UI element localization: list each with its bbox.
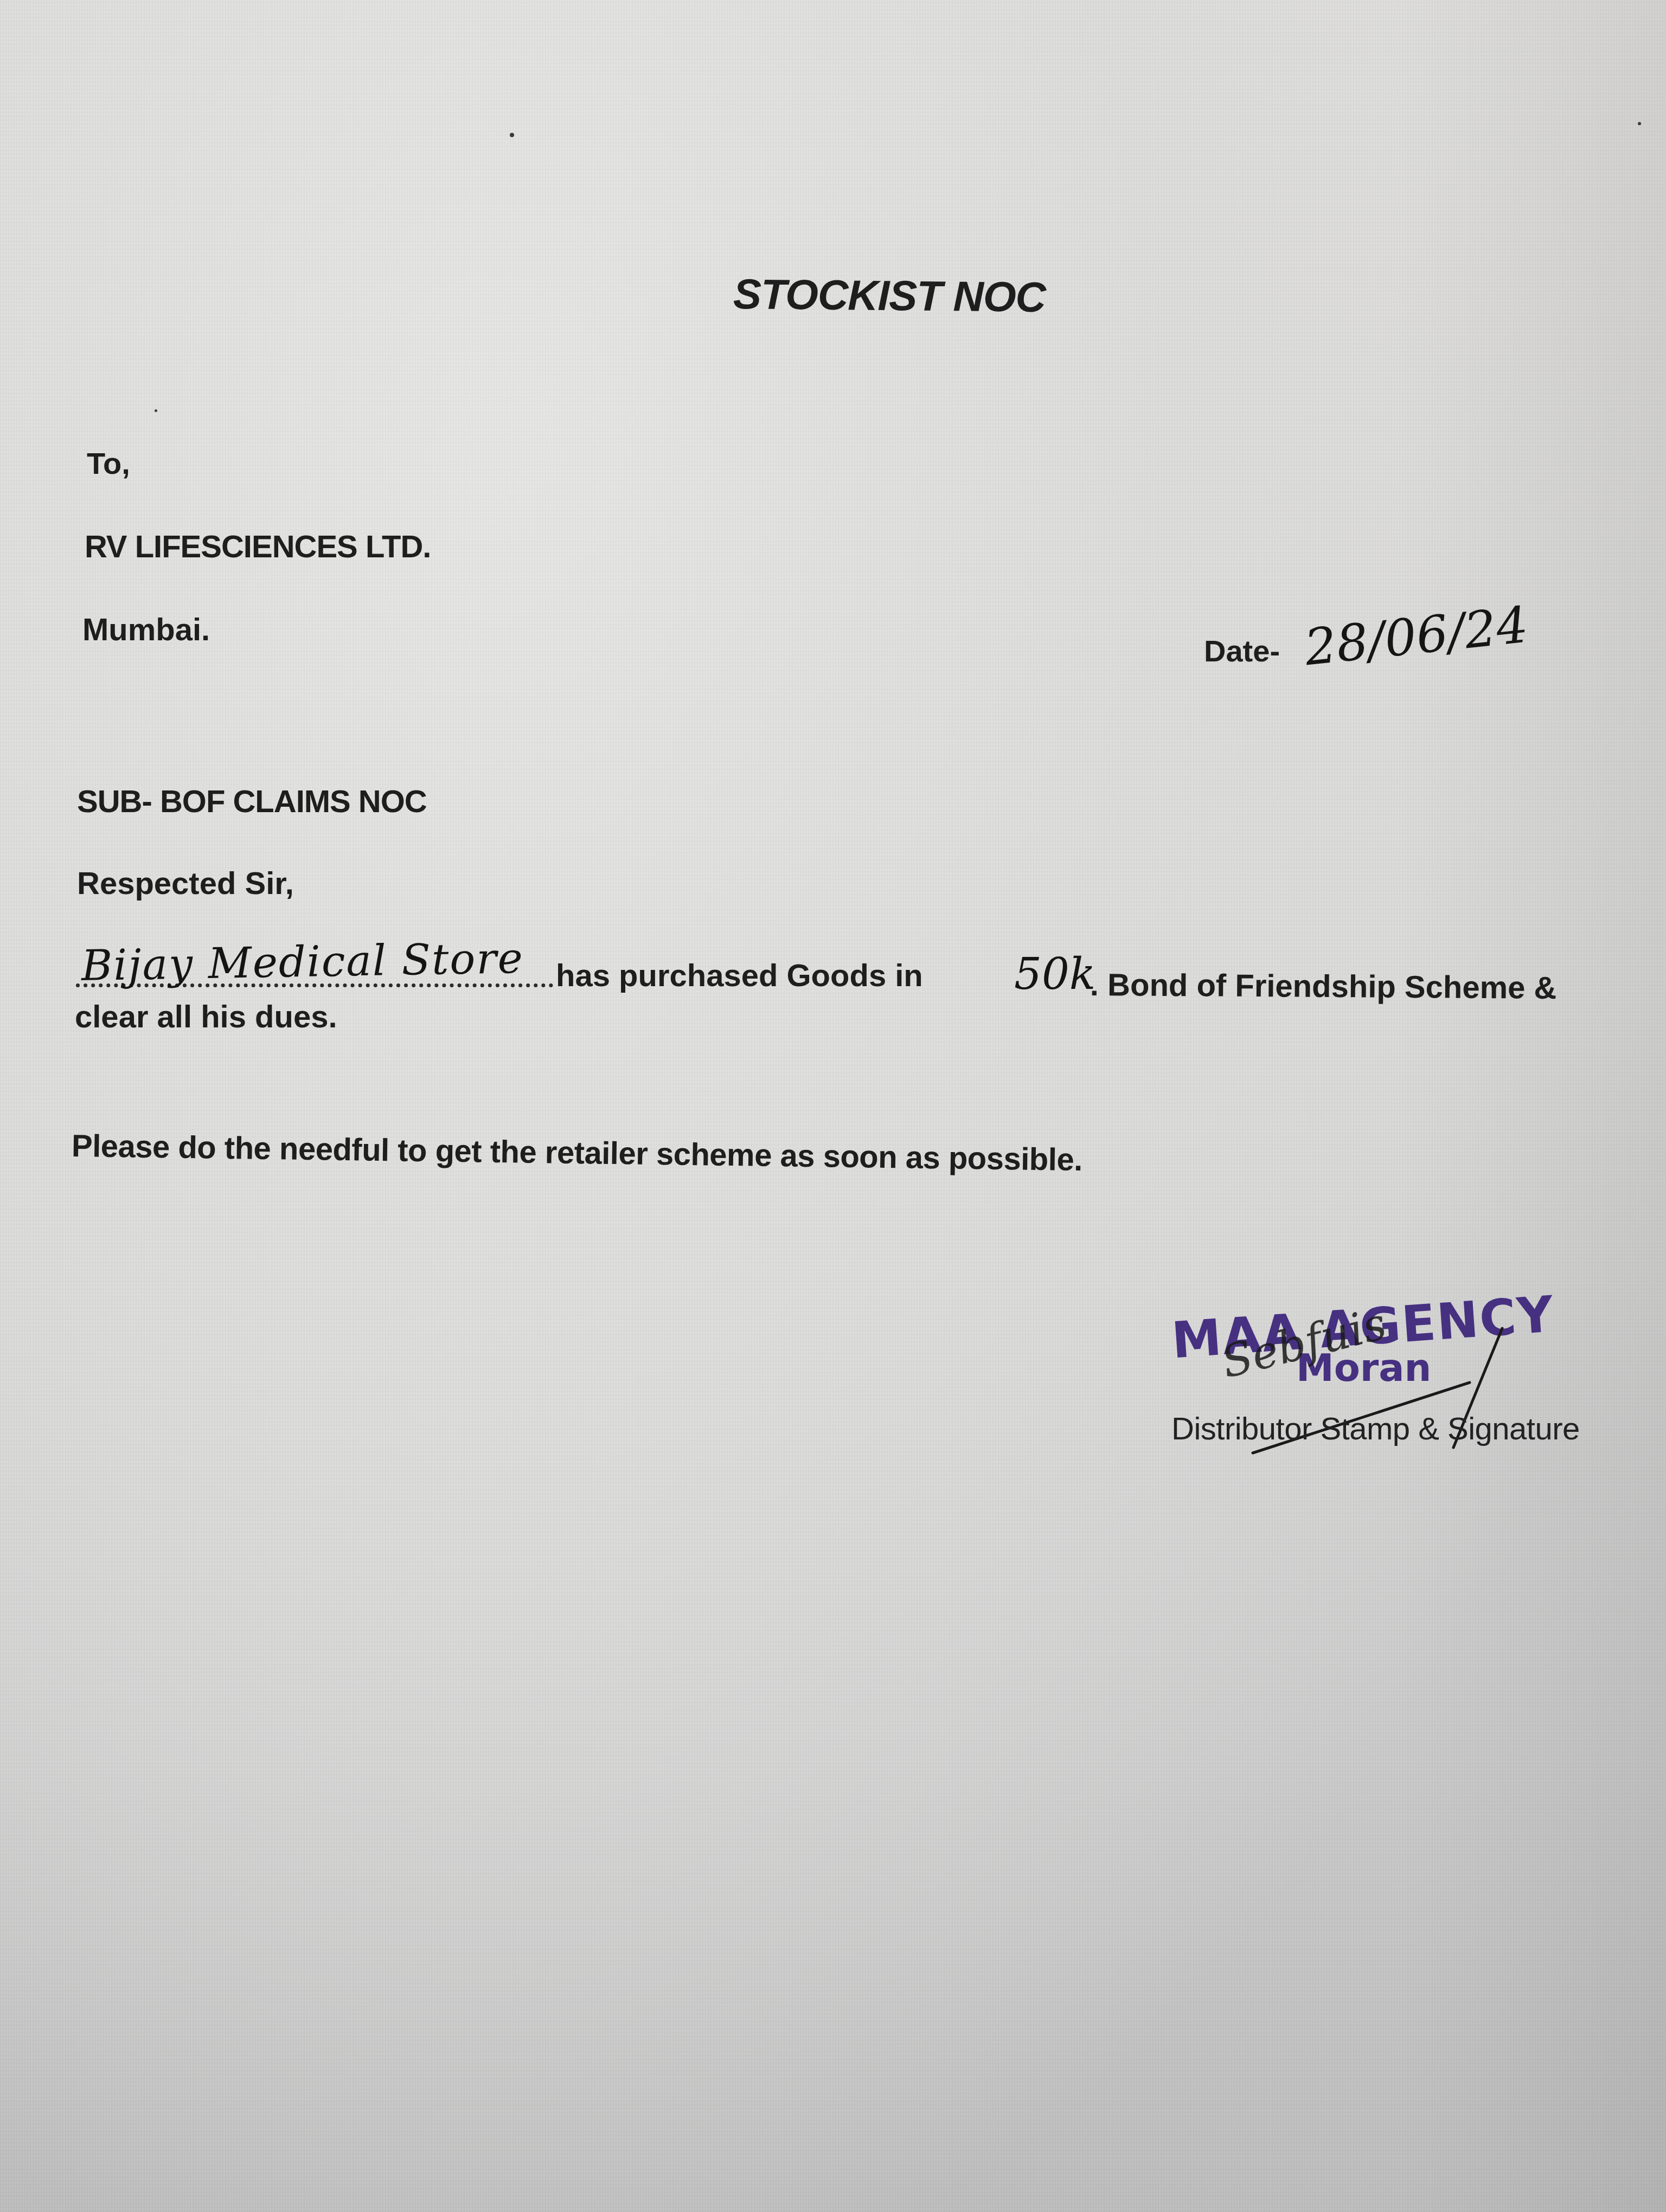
body-text-has-purchased: has purchased Goods in (556, 957, 923, 994)
subject-line: SUB- BOF CLAIMS NOC (77, 783, 427, 820)
body-line-1: Bijay Medical Store has purchased Goods … (76, 949, 1649, 992)
date-handwritten: 28/06/24 (1302, 596, 1531, 677)
body-text-scheme: . Bond of Friendship Scheme & (1090, 967, 1557, 1006)
paper-speck (1638, 122, 1641, 125)
retailer-name-handwritten: Bijay Medical Store (81, 934, 524, 991)
paper-speck (510, 133, 514, 137)
recipient-company: RV LIFESCIENCES LTD. (85, 529, 431, 565)
recipient-to-label: To, (87, 446, 130, 481)
paper-shadow (1395, 0, 1666, 2212)
body-text-clear-dues: clear all his dues. (75, 999, 337, 1035)
greeting: Respected Sir, (77, 865, 294, 902)
document-title: STOCKIST NOC (733, 269, 1046, 322)
paper-speck (155, 409, 157, 412)
recipient-city: Mumbai. (82, 612, 210, 648)
paper-texture (0, 0, 1666, 2212)
body-request: Please do the needful to get the retaile… (72, 1128, 1083, 1178)
amount-handwritten: 50k (1014, 949, 1095, 999)
distributor-stamp-signature-label: Distributor Stamp & Signature (1171, 1411, 1580, 1447)
date-label: Date- (1204, 633, 1280, 668)
